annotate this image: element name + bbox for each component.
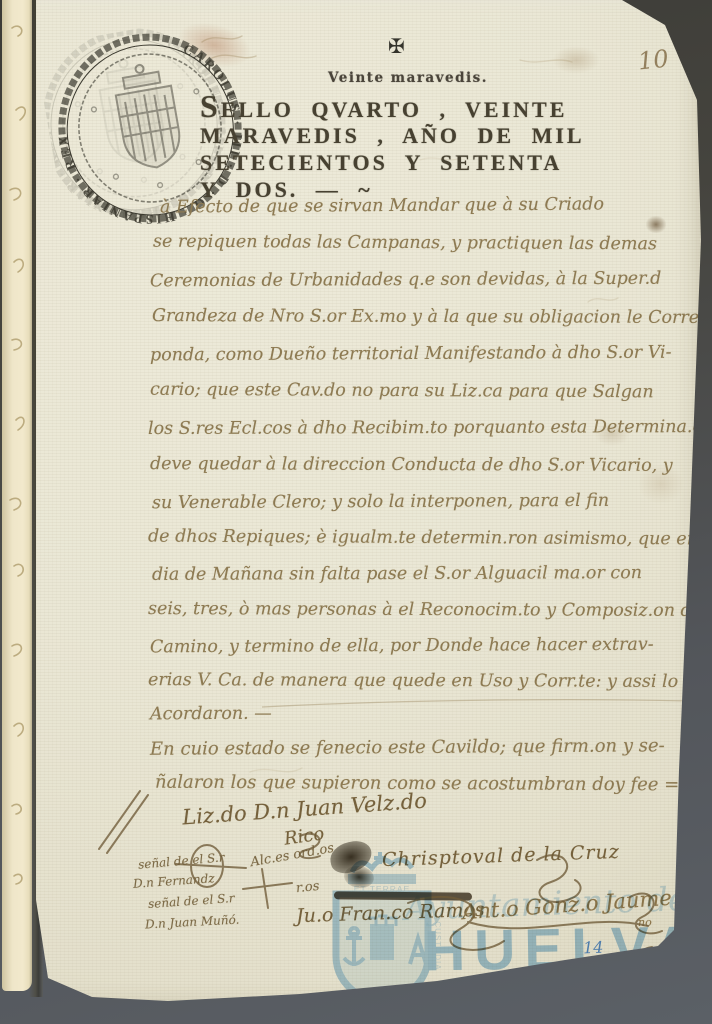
closing-line: En cuio estado se fenecio este Cavildo; …: [150, 735, 665, 760]
printed-header-line: MARAVEDIS , AÑO DE MIL: [200, 123, 585, 149]
margin-note: D.n Juan Muñó.: [145, 913, 240, 932]
manuscript-line: Ceremonias de Urbanidades q.e son devida…: [150, 269, 661, 292]
maltese-cross-icon: ✠: [388, 34, 405, 58]
ink-bleedthrough: [0, 0, 712, 1024]
margin-note: señal de el S.r: [148, 891, 235, 911]
manuscript-line: cario; que este Cav.do no para su Liz.ca…: [150, 380, 654, 403]
ink-spot: [646, 216, 666, 233]
seal-graphic: CAROLUS · III · D · G · HISPANIAR · REX: [34, 12, 266, 244]
signature-licenciado: Liz.do D.n Juan Velz.do: [181, 788, 427, 829]
manuscript-line: dia de Mañana sin falta pase el S.or Alg…: [152, 563, 642, 585]
archive-watermark: ET TERRAE CUSTODIA Ayuntamiento de HUELV…: [0, 0, 712, 1024]
signature-cruz: Chrisptoval de la Cruz: [382, 841, 620, 871]
signature-ramos: Ju.o Fran.co Ramos: [296, 899, 485, 928]
previous-page-ink-fragments: [2, 0, 32, 991]
previous-page-edge: [2, 0, 32, 991]
rust-stain: [172, 15, 256, 75]
manuscript-line: Camino, y termino de ella, por Donde hac…: [150, 635, 654, 658]
circle-cross-signal-mark: [176, 845, 246, 887]
printed-header-line: SELLO QVARTO , VEINTE: [200, 94, 567, 123]
manuscript-line: seis, tres, ò mas personas à el Reconoci…: [148, 599, 712, 621]
huelva-coat-of-arms: ET TERRAE CUSTODIA: [314, 846, 450, 1018]
manuscript-line: erias V. Ca. de manera que quede en Uso …: [148, 670, 678, 692]
manuscript-line: de dhos Repiques; è igualm.te determin.r…: [148, 527, 712, 550]
manuscript-line: se repiquen todas las Campanas, y practi…: [153, 232, 657, 255]
svg-text:CAROLUS · III · D · G · HISPAN: CAROLUS · III · D · G · HISPANIAR · REX: [42, 33, 260, 242]
royal-seal-stamp: CAROLUS · III · D · G · HISPANIAR · REX: [34, 12, 266, 244]
regidores-label: r.os: [295, 879, 320, 896]
signature-jaume-superscript: no: [638, 916, 652, 929]
watermark-motto-top: ET TERRAE: [354, 884, 410, 894]
alcaldes-label: Alc.es ord.os: [249, 841, 335, 870]
manuscript-line: Grandeza de Nro S.or Ex.mo y à la que su…: [152, 306, 712, 328]
archival-scan-background: CAROLUS · III · D · G · HISPANIAR · REX: [0, 0, 712, 1024]
pen-flourishes: [0, 0, 712, 1024]
printed-header-line: Y DOS. — ~: [200, 177, 373, 203]
manuscript-line: ponda, como Dueño territorial Manifestan…: [150, 343, 672, 366]
cross-signal-mark: [243, 869, 292, 908]
manuscript-line: à Efecto de que se sirvan Mandar que à s…: [160, 194, 604, 217]
double-slash-mark: [99, 791, 148, 853]
closing-rule-line: [262, 700, 690, 707]
signature-jaume: Ant.o Gonz.o Jaume: [461, 886, 672, 925]
ink-blot: [342, 864, 375, 891]
manuscript-line: deve quedar à la direccion Conducta de d…: [150, 454, 673, 476]
watermark-city-text: HUELVA: [423, 914, 704, 985]
manuscript-line: Acordaron. —: [150, 704, 272, 725]
ink-bar: [334, 891, 472, 900]
manuscript-line: su Venerable Clero; y solo la interponen…: [152, 491, 609, 513]
smudge-stain: [552, 46, 600, 74]
ink-blot: [327, 838, 374, 876]
margin-note: señal de el S.r: [138, 850, 225, 871]
tax-value-line: Veinte maravedis.: [328, 70, 488, 86]
watermark-motto-side: CUSTODIA: [433, 921, 442, 970]
margin-note: D.n Fernandz: [133, 871, 215, 891]
signature-licenciado-surname: Rico: [283, 823, 326, 849]
manuscript-page: CAROLUS · III · D · G · HISPANIAR · REX: [0, 0, 712, 1024]
closing-line: ñalaron los que supieron como se acostum…: [155, 772, 679, 796]
seal-legend: CAROLUS · III · D · G · HISPANIAR · REX: [42, 33, 260, 242]
printed-header-line: SETECIENTOS Y SETENTA: [200, 150, 562, 176]
blue-folio-number: 14: [583, 938, 604, 958]
watermark-script-text: Ayuntamiento de: [403, 879, 688, 928]
folio-number: 10: [637, 44, 670, 75]
manuscript-line: los S.res Ecl.cos à dho Recibim.to porqu…: [148, 417, 712, 439]
smudge-stain: [594, 422, 630, 446]
smudge-stain: [636, 462, 686, 506]
